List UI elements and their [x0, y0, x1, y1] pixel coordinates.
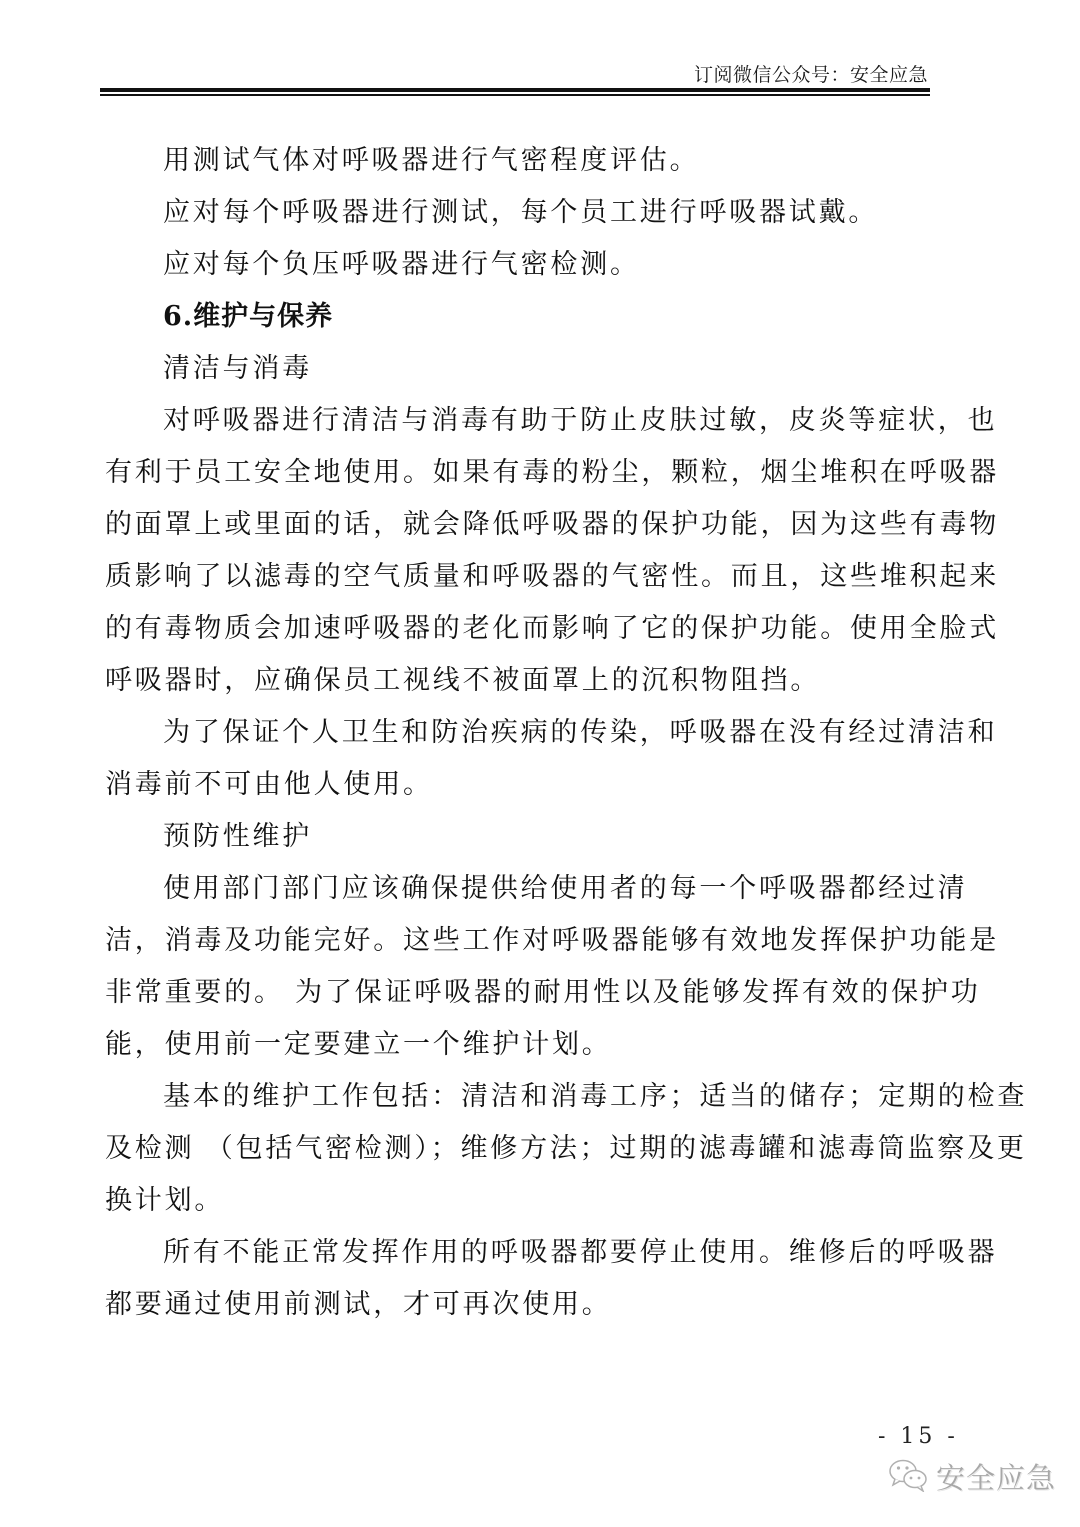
body-line: 有利于员工安全地使用。如果有毒的粉尘，颗粒，烟尘堆积在呼吸器 [105, 447, 977, 499]
body-line: 所有不能正常发挥作用的呼吸器都要停止使用。维修后的呼吸器 [105, 1227, 977, 1279]
body-line: 基本的维护工作包括：清洁和消毒工序；适当的储存；定期的检查 [105, 1071, 977, 1123]
body-line: 的面罩上或里面的话，就会降低呼吸器的保护功能，因为这些有毒物 [105, 499, 977, 551]
body-line: 应对每个负压呼吸器进行气密检测。 [105, 239, 977, 291]
body-line: 及检测 （包括气密检测）；维修方法；过期的滤毒罐和滤毒筒监察及更 [105, 1123, 977, 1175]
body-line: 对呼吸器进行清洁与消毒有助于防止皮肤过敏，皮炎等症状，也 [105, 395, 977, 447]
body-line: 应对每个呼吸器进行测试，每个员工进行呼吸器试戴。 [105, 187, 977, 239]
body-line: 用测试气体对呼吸器进行气密程度评估。 [105, 135, 977, 187]
body-line: 消毒前不可由他人使用。 [105, 759, 977, 811]
subsection-title: 预防性维护 [105, 811, 977, 863]
document-body: 用测试气体对呼吸器进行气密程度评估。 应对每个呼吸器进行测试，每个员工进行呼吸器… [105, 135, 977, 1331]
header-rule-thin [100, 94, 930, 96]
subsection-title: 清洁与消毒 [105, 343, 977, 395]
wechat-watermark: 安全应急 [888, 1456, 1056, 1497]
body-line: 换计划。 [105, 1175, 977, 1227]
body-line: 使用部门部门应该确保提供给使用者的每一个呼吸器都经过清 [105, 863, 977, 915]
page-header: 订阅微信公众号：安全应急 [100, 58, 930, 98]
body-line: 非常重要的。 为了保证呼吸器的耐用性以及能够发挥有效的保护功 [105, 967, 977, 1019]
header-subscribe-text: 订阅微信公众号：安全应急 [694, 60, 928, 87]
body-line: 为了保证个人卫生和防治疾病的传染，呼吸器在没有经过清洁和 [105, 707, 977, 759]
body-line: 洁，消毒及功能完好。这些工作对呼吸器能够有效地发挥保护功能是 [105, 915, 977, 967]
wechat-icon [888, 1458, 928, 1496]
body-line: 都要通过使用前测试，才可再次使用。 [105, 1279, 977, 1331]
body-line: 质影响了以滤毒的空气质量和呼吸器的气密性。而且，这些堆积起来 [105, 551, 977, 603]
body-line: 能，使用前一定要建立一个维护计划。 [105, 1019, 977, 1071]
header-rule-thick [100, 88, 930, 92]
body-line: 呼吸器时，应确保员工视线不被面罩上的沉积物阻挡。 [105, 655, 977, 707]
section-heading: 6.维护与保养 [105, 291, 977, 343]
watermark-text: 安全应急 [936, 1456, 1056, 1497]
page-number: - 15 - [878, 1424, 959, 1449]
body-line: 的有毒物质会加速呼吸器的老化而影响了它的保护功能。使用全脸式 [105, 603, 977, 655]
